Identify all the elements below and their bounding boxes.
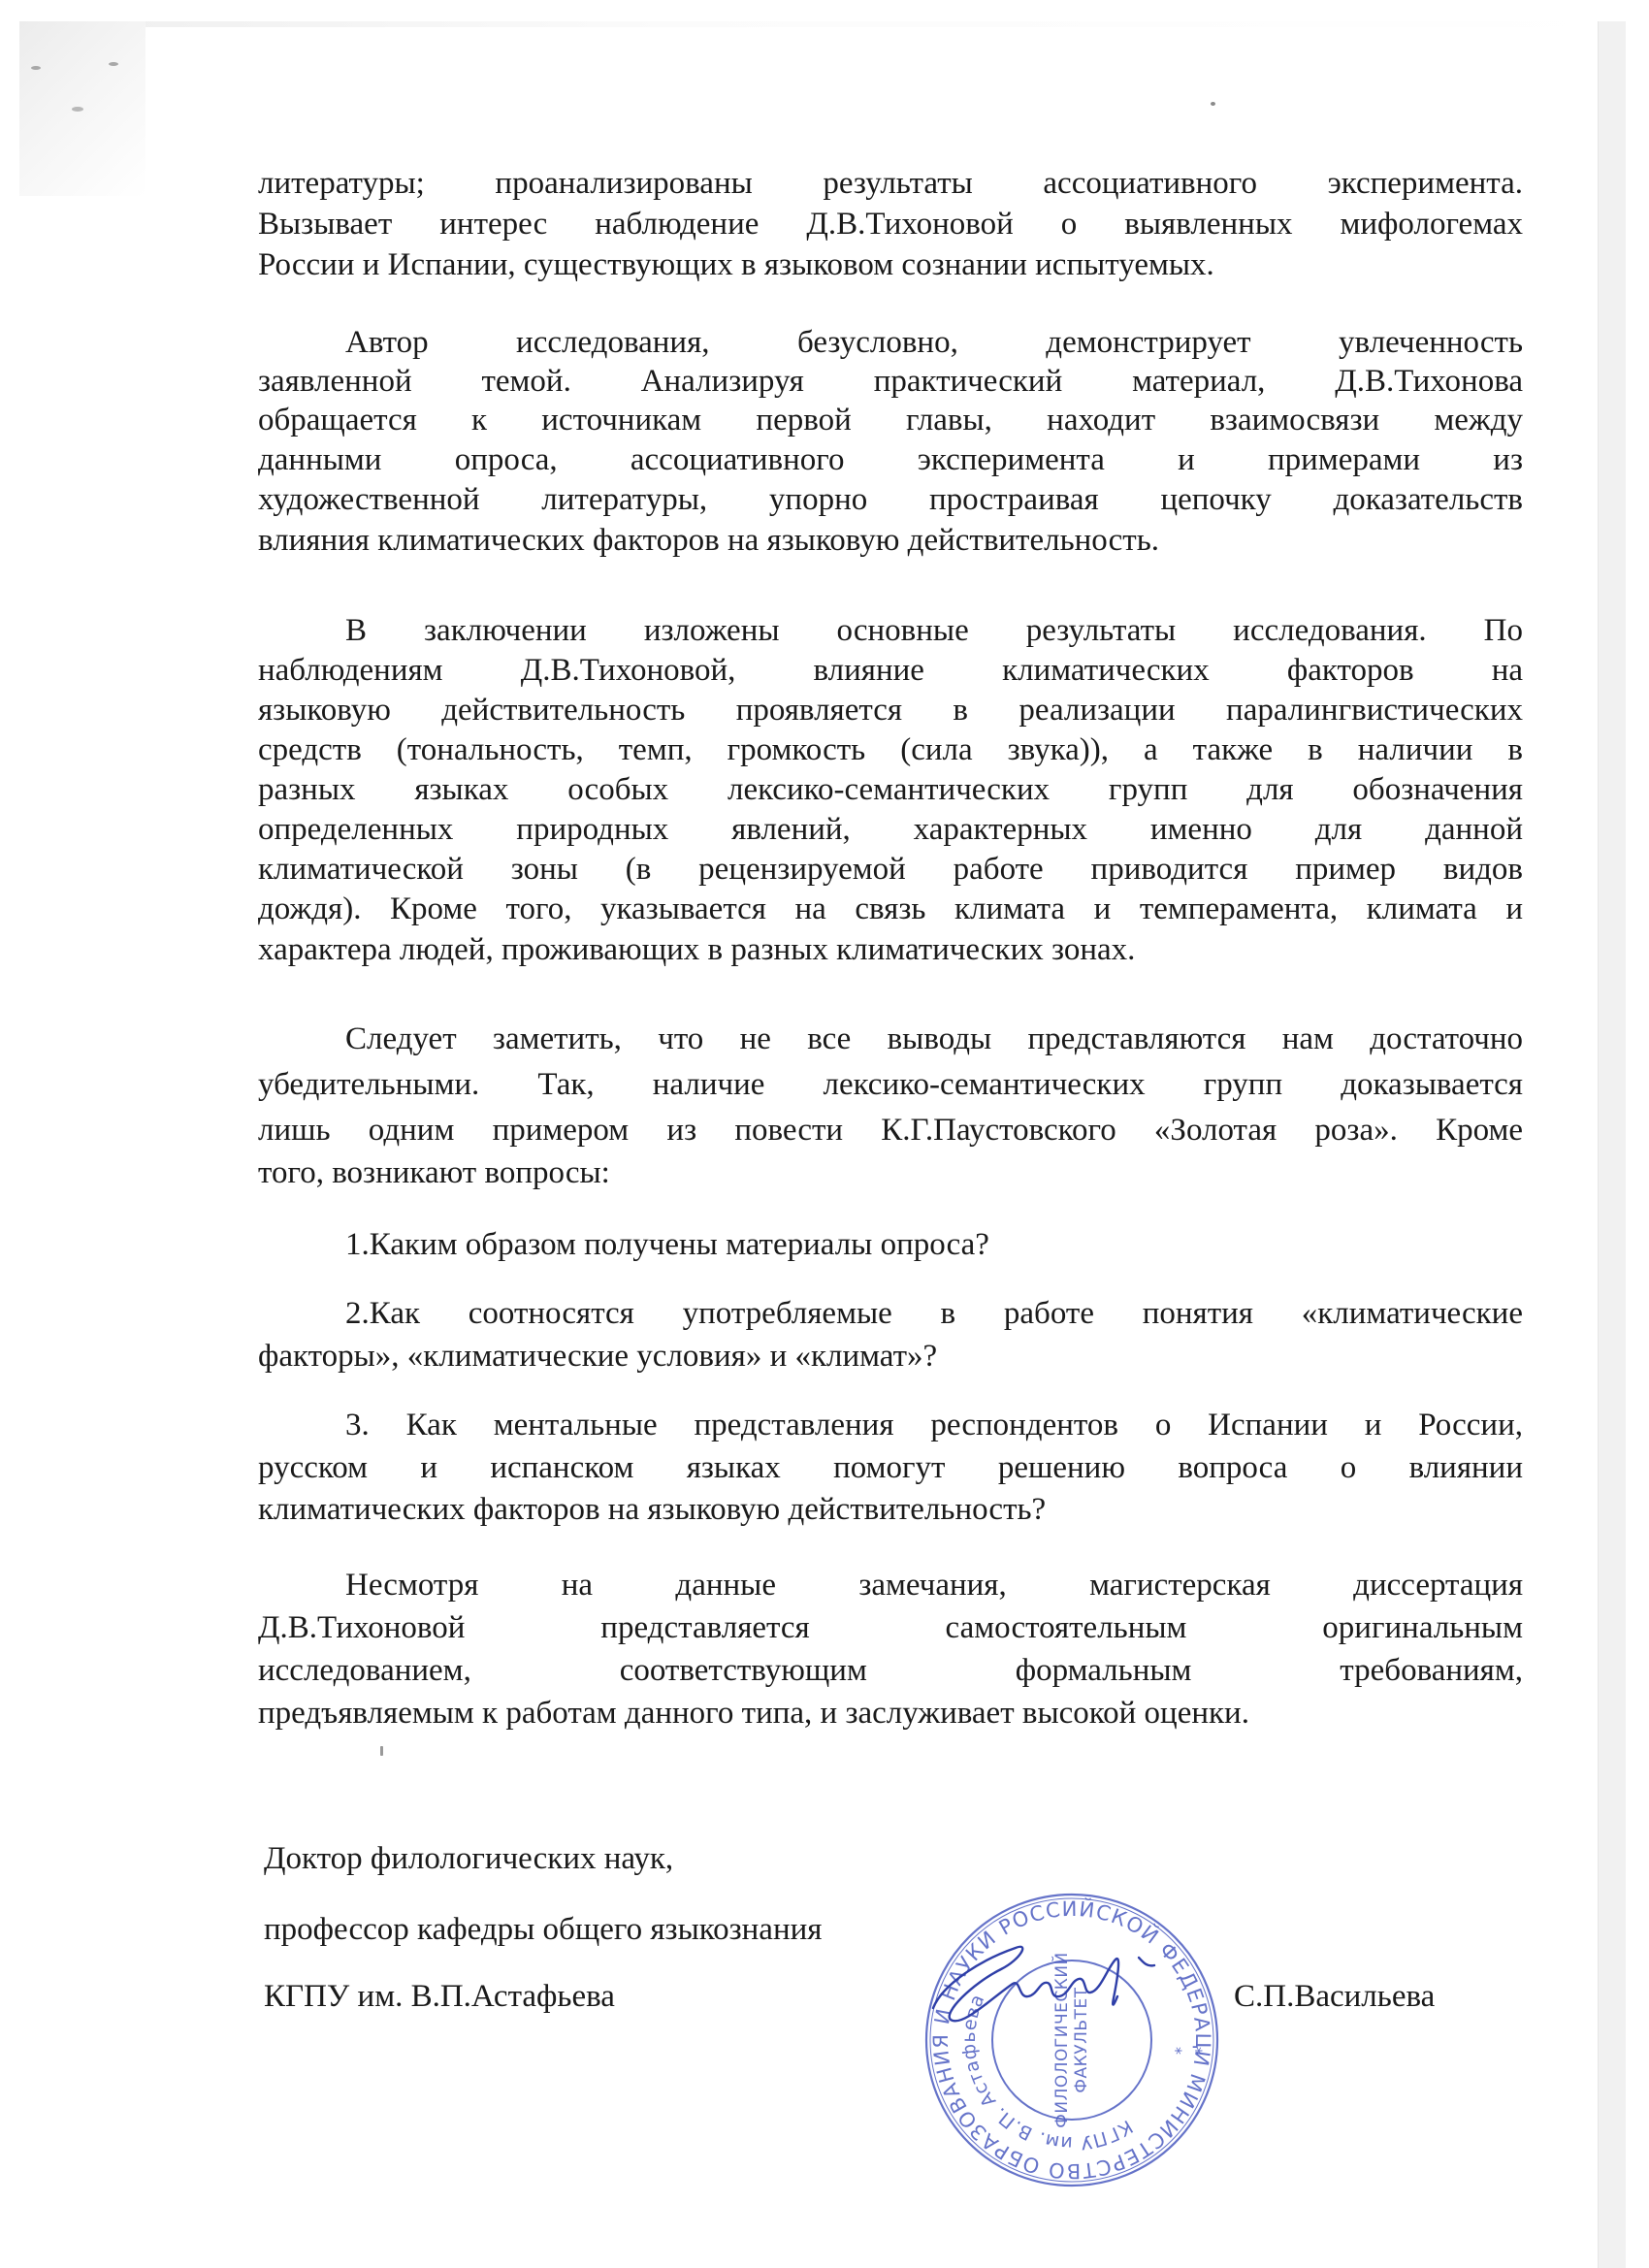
- text-line: средств (тональность, темп, громкость (с…: [258, 730, 1523, 770]
- official-stamp: МИНИСТЕРСТВО ОБРАЗОВАНИЯ И НАУКИ РОССИЙС…: [923, 1892, 1220, 2188]
- text-line: Д.В.Тихоновой представляется самостоятел…: [258, 1606, 1523, 1649]
- text-line: разных языках особых лексико-семантическ…: [258, 770, 1523, 810]
- signer-degree: Доктор филологических наук,: [264, 1838, 673, 1880]
- paragraph-2: Автор исследования, безусловно, демонстр…: [258, 323, 1523, 562]
- svg-text:*: *: [1167, 2047, 1185, 2055]
- text-line: исследованием, соответствующим формальны…: [258, 1649, 1523, 1693]
- scan-edge-top: [19, 21, 1630, 27]
- text-line: характера людей, проживающих в разных кл…: [258, 929, 1523, 971]
- text-line: 3. Как ментальные представления респонде…: [258, 1404, 1523, 1446]
- text-line: В заключении изложены основные результат…: [258, 611, 1523, 651]
- scan-speck: [1211, 102, 1215, 106]
- text-line: того, возникают вопросы:: [258, 1152, 1523, 1194]
- scan-speck: [31, 66, 41, 70]
- text-line: художественной литературы, упорно простр…: [258, 480, 1523, 520]
- text-line: литературы; проанализированы результаты …: [258, 163, 1523, 205]
- text-line: Автор исследования, безусловно, демонстр…: [258, 323, 1523, 362]
- stamp-seal-icon: МИНИСТЕРСТВО ОБРАЗОВАНИЯ И НАУКИ РОССИЙС…: [923, 1892, 1220, 2188]
- paragraph-4: Следует заметить, что не все выводы пред…: [258, 1017, 1523, 1194]
- text-line: климатических факторов на языковую дейст…: [258, 1489, 1523, 1531]
- text-line: лишь одним примером из повести К.Г.Пауст…: [258, 1108, 1523, 1152]
- question-2: 2.Как соотносятся употребляемые в работе…: [258, 1292, 1523, 1377]
- text-line: Вызывает интерес наблюдение Д.В.Тихоново…: [258, 205, 1523, 244]
- signer-name: С.П.Васильева: [1234, 1976, 1435, 2018]
- paragraph-3: В заключении изложены основные результат…: [258, 611, 1523, 971]
- text-line: России и Испании, существующих в языково…: [258, 244, 1523, 286]
- text-line: Несмотря на данные замечания, магистерск…: [258, 1564, 1523, 1606]
- text-line: русском и испанском языках помогут решен…: [258, 1446, 1523, 1489]
- scan-speck: [72, 107, 83, 112]
- svg-text:ФИЛОЛОГИЧЕСКИЙ: ФИЛОЛОГИЧЕСКИЙ: [1051, 1952, 1072, 2128]
- question-3: 3. Как ментальные представления респонде…: [258, 1404, 1523, 1531]
- svg-text:*: *: [1187, 2047, 1206, 2055]
- scan-edge-right: [1598, 21, 1626, 2268]
- text-line: заявленной темой. Анализируя практически…: [258, 362, 1523, 401]
- question-1: 1.Каким образом получены материалы опрос…: [258, 1224, 1523, 1266]
- signer-institution: КГПУ им. В.П.Астафьева: [264, 1976, 615, 2018]
- text-line: 1.Каким образом получены материалы опрос…: [258, 1224, 1523, 1266]
- text-line: дождя). Кроме того, указывается на связь…: [258, 890, 1523, 929]
- signer-position: профессор кафедры общего языкознания: [264, 1909, 822, 1951]
- scan-speck: [109, 62, 118, 66]
- text-line: климатической зоны (в рецензируемой рабо…: [258, 850, 1523, 890]
- text-line: данными опроса, ассоциативного экспериме…: [258, 440, 1523, 480]
- text-line: предъявляемым к работам данного типа, и …: [258, 1693, 1523, 1734]
- text-line: наблюдениям Д.В.Тихоновой, влияние клима…: [258, 651, 1523, 691]
- paragraph-1: литературы; проанализированы результаты …: [258, 163, 1523, 286]
- text-line: Следует заметить, что не все выводы пред…: [258, 1017, 1523, 1062]
- text-line: убедительными. Так, наличие лексико-сема…: [258, 1062, 1523, 1108]
- text-line: факторы», «климатические условия» и «кли…: [258, 1336, 1523, 1377]
- text-line: определенных природных явлений, характер…: [258, 810, 1523, 850]
- text-line: языковую действительность проявляется в …: [258, 691, 1523, 730]
- scan-speck: [380, 1746, 383, 1756]
- svg-text:ФАКУЛЬТЕТ: ФАКУЛЬТЕТ: [1072, 1987, 1091, 2092]
- conclusion-paragraph: Несмотря на данные замечания, магистерск…: [258, 1564, 1523, 1734]
- text-line: обращается к источникам первой главы, на…: [258, 401, 1523, 440]
- text-line: 2.Как соотносятся употребляемые в работе…: [258, 1292, 1523, 1336]
- text-line: влияния климатических факторов на языков…: [258, 520, 1523, 562]
